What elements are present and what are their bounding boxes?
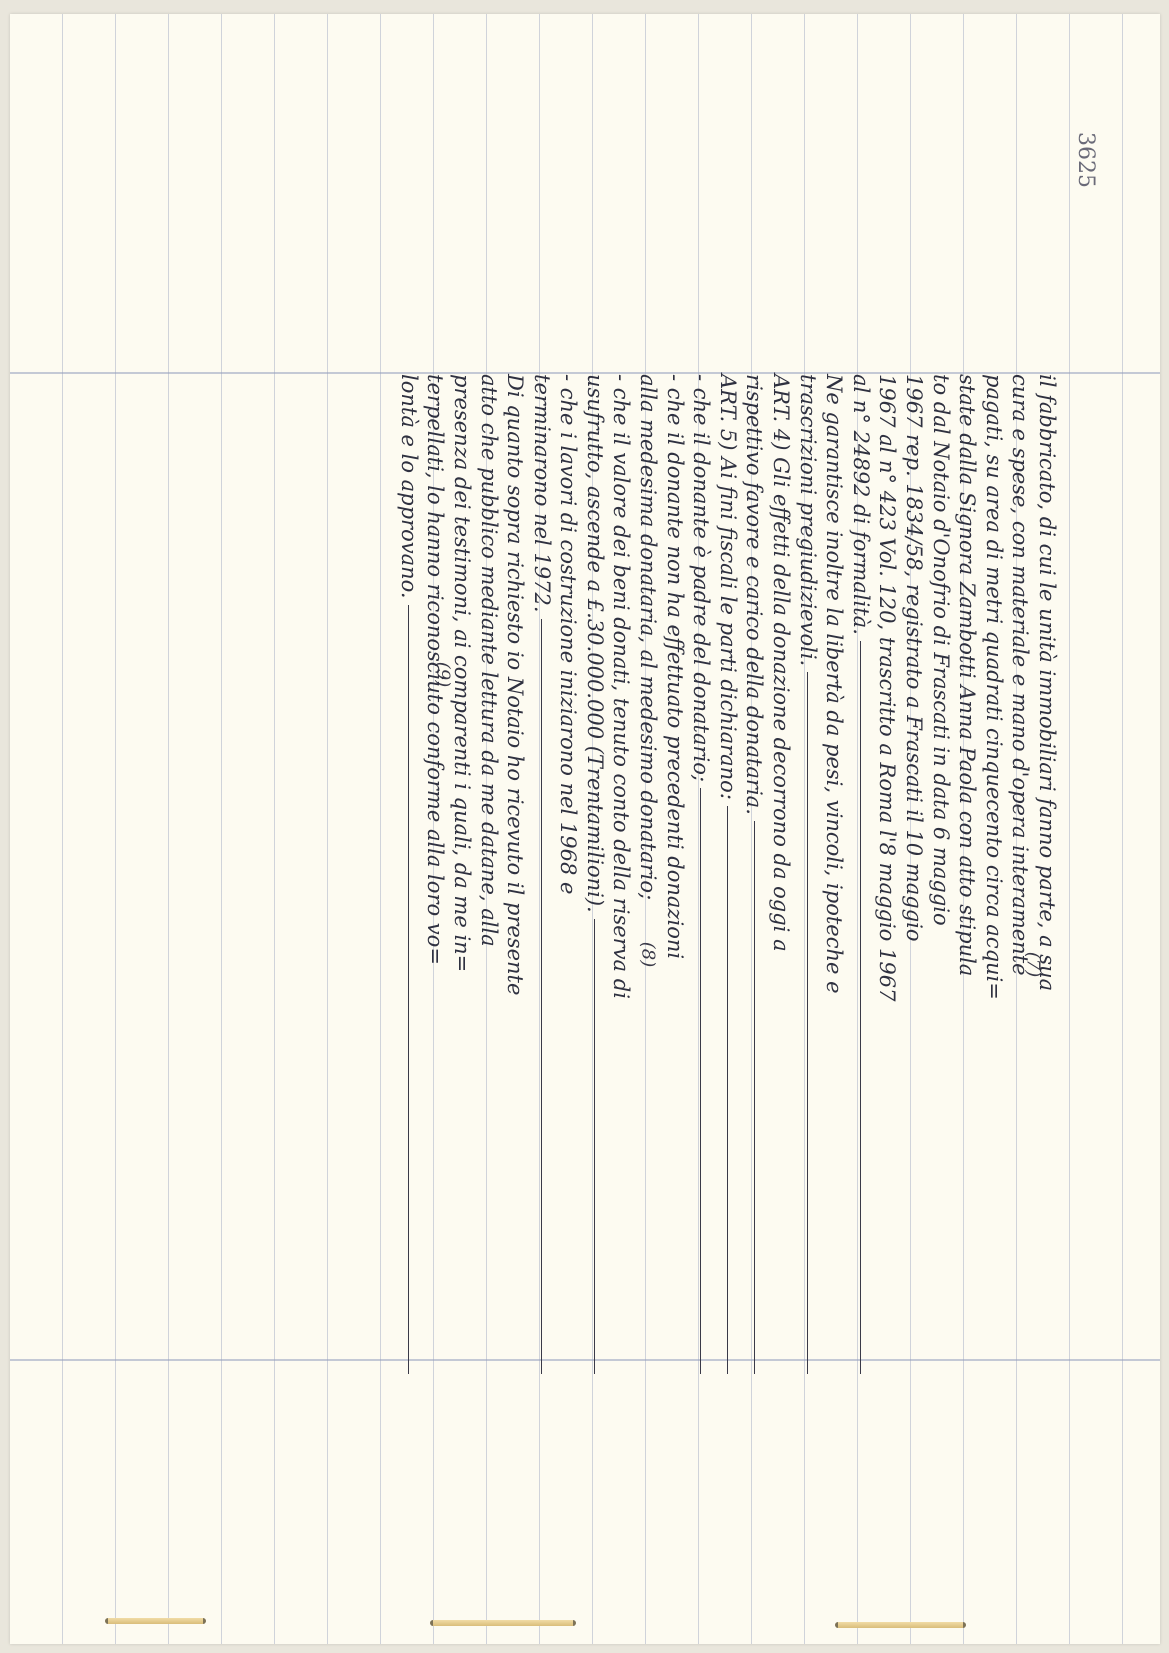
text-line: terminarono nel 1972. — [528, 374, 555, 1374]
line-filler-stroke — [860, 641, 861, 1374]
text-line-content: usufrutto, ascende a £.30.000.000 (Trent… — [581, 374, 608, 913]
text-line-content: ART. 4) Gli effetti della donazione deco… — [767, 374, 794, 952]
text-line-content: - che il valore dei beni donati, tenuto … — [608, 374, 635, 999]
line-filler-stroke — [594, 919, 595, 1374]
text-line: usufrutto, ascende a £.30.000.000 (Trent… — [581, 374, 608, 1374]
text-line-content: il fabbricato, di cui le unità immobilia… — [1033, 374, 1060, 991]
text-line: - che i lavori di costruzione iniziarono… — [555, 374, 582, 1374]
text-line-content: Di quanto sopra richiesto io Notaio ho r… — [502, 374, 529, 995]
text-line: - che il valore dei beni donati, tenuto … — [608, 374, 635, 1374]
text-line-content: trascrizioni pregiudizievoli. — [794, 374, 821, 666]
text-line-content: al n° 24892 di formalità. — [847, 374, 874, 635]
text-line: ART. 4) Gli effetti della donazione deco… — [767, 374, 794, 1374]
text-line: - che il donante è padre del donatario; — [688, 374, 715, 1374]
text-line: il fabbricato, di cui le unità immobilia… — [1033, 374, 1060, 1374]
binding-staple — [105, 1618, 206, 1624]
text-line: trascrizioni pregiudizievoli. — [794, 374, 821, 1374]
line-filler-stroke — [754, 821, 755, 1374]
text-line-content: atto che pubblico mediante lettura da me… — [475, 374, 502, 947]
text-line: Di quanto sopra richiesto io Notaio ho r… — [502, 374, 529, 1374]
text-line-content: rispettivo favore e carico della donatar… — [741, 374, 768, 815]
text-line-content: 1967 al n° 423 Vol. 120, trascritto a Ro… — [874, 374, 901, 1001]
line-filler-stroke — [807, 672, 808, 1374]
text-line: to dal Notaio d'Onofrio di Frascati in d… — [927, 374, 954, 1374]
binding-staple — [835, 1622, 966, 1628]
text-line: pagati, su area di metri quadrati cinque… — [980, 374, 1007, 1374]
text-line-content: state dalla Signora Zambotti Anna Paola … — [954, 374, 981, 976]
text-line: al n° 24892 di formalità. — [847, 374, 874, 1374]
text-line: terpellati, lo hanno riconosciuto confor… — [422, 374, 449, 1374]
text-line-content: terpellati, lo hanno riconosciuto confor… — [422, 374, 449, 965]
line-filler-stroke — [700, 788, 701, 1374]
text-line: ART. 5) Ai fini fiscali le parti dichiar… — [714, 374, 741, 1374]
text-line: 1967 al n° 423 Vol. 120, trascritto a Ro… — [874, 374, 901, 1374]
text-line-content: lontà e lo approvano. — [395, 374, 422, 599]
handwritten-text: il fabbricato, di cui le unità immobilia… — [395, 374, 1060, 1374]
text-line-content: 1967 rep. 1834/58, registrato a Frascati… — [900, 374, 927, 942]
line-filler-stroke — [408, 605, 409, 1374]
text-line: cura e spese, con materiale e mano d'ope… — [1007, 374, 1034, 1374]
text-line-content: to dal Notaio d'Onofrio di Frascati in d… — [927, 374, 954, 926]
text-line-content: alla medesima donataria, al medesimo don… — [635, 374, 662, 900]
binding-staple — [430, 1620, 576, 1626]
text-line: state dalla Signora Zambotti Anna Paola … — [954, 374, 981, 1374]
page-number: 3625 — [1073, 132, 1098, 188]
text-line: rispettivo favore e carico della donatar… — [741, 374, 768, 1374]
text-line: - che il donante non ha effettuato prece… — [661, 374, 688, 1374]
text-line: 1967 rep. 1834/58, registrato a Frascati… — [900, 374, 927, 1374]
text-line-content: - che il donante non ha effettuato prece… — [661, 374, 688, 959]
text-line: presenza dei testimoni, ai comparenti i … — [448, 374, 475, 1374]
text-line: alla medesima donataria, al medesimo don… — [635, 374, 662, 1374]
text-line-content: pagati, su area di metri quadrati cinque… — [980, 374, 1007, 1000]
line-filler-stroke — [727, 806, 728, 1374]
text-line: lontà e lo approvano. — [395, 374, 422, 1374]
text-line-content: ART. 5) Ai fini fiscali le parti dichiar… — [714, 374, 741, 800]
line-filler-stroke — [541, 619, 542, 1374]
text-line-content: Ne garantisce inoltre la libertà da pesi… — [821, 374, 848, 994]
text-line-content: cura e spese, con materiale e mano d'ope… — [1007, 374, 1034, 976]
text-line-content: - che il donante è padre del donatario; — [688, 374, 715, 782]
text-line: Ne garantisce inoltre la libertà da pesi… — [821, 374, 848, 1374]
text-line-content: - che i lavori di costruzione iniziarono… — [555, 374, 582, 894]
text-line-content: terminarono nel 1972. — [528, 374, 555, 613]
document-page: 3625 (7) (8) (9) il fabbricato, di cui l… — [10, 14, 1160, 1644]
text-line: atto che pubblico mediante lettura da me… — [475, 374, 502, 1374]
text-line-content: presenza dei testimoni, ai comparenti i … — [448, 374, 475, 972]
